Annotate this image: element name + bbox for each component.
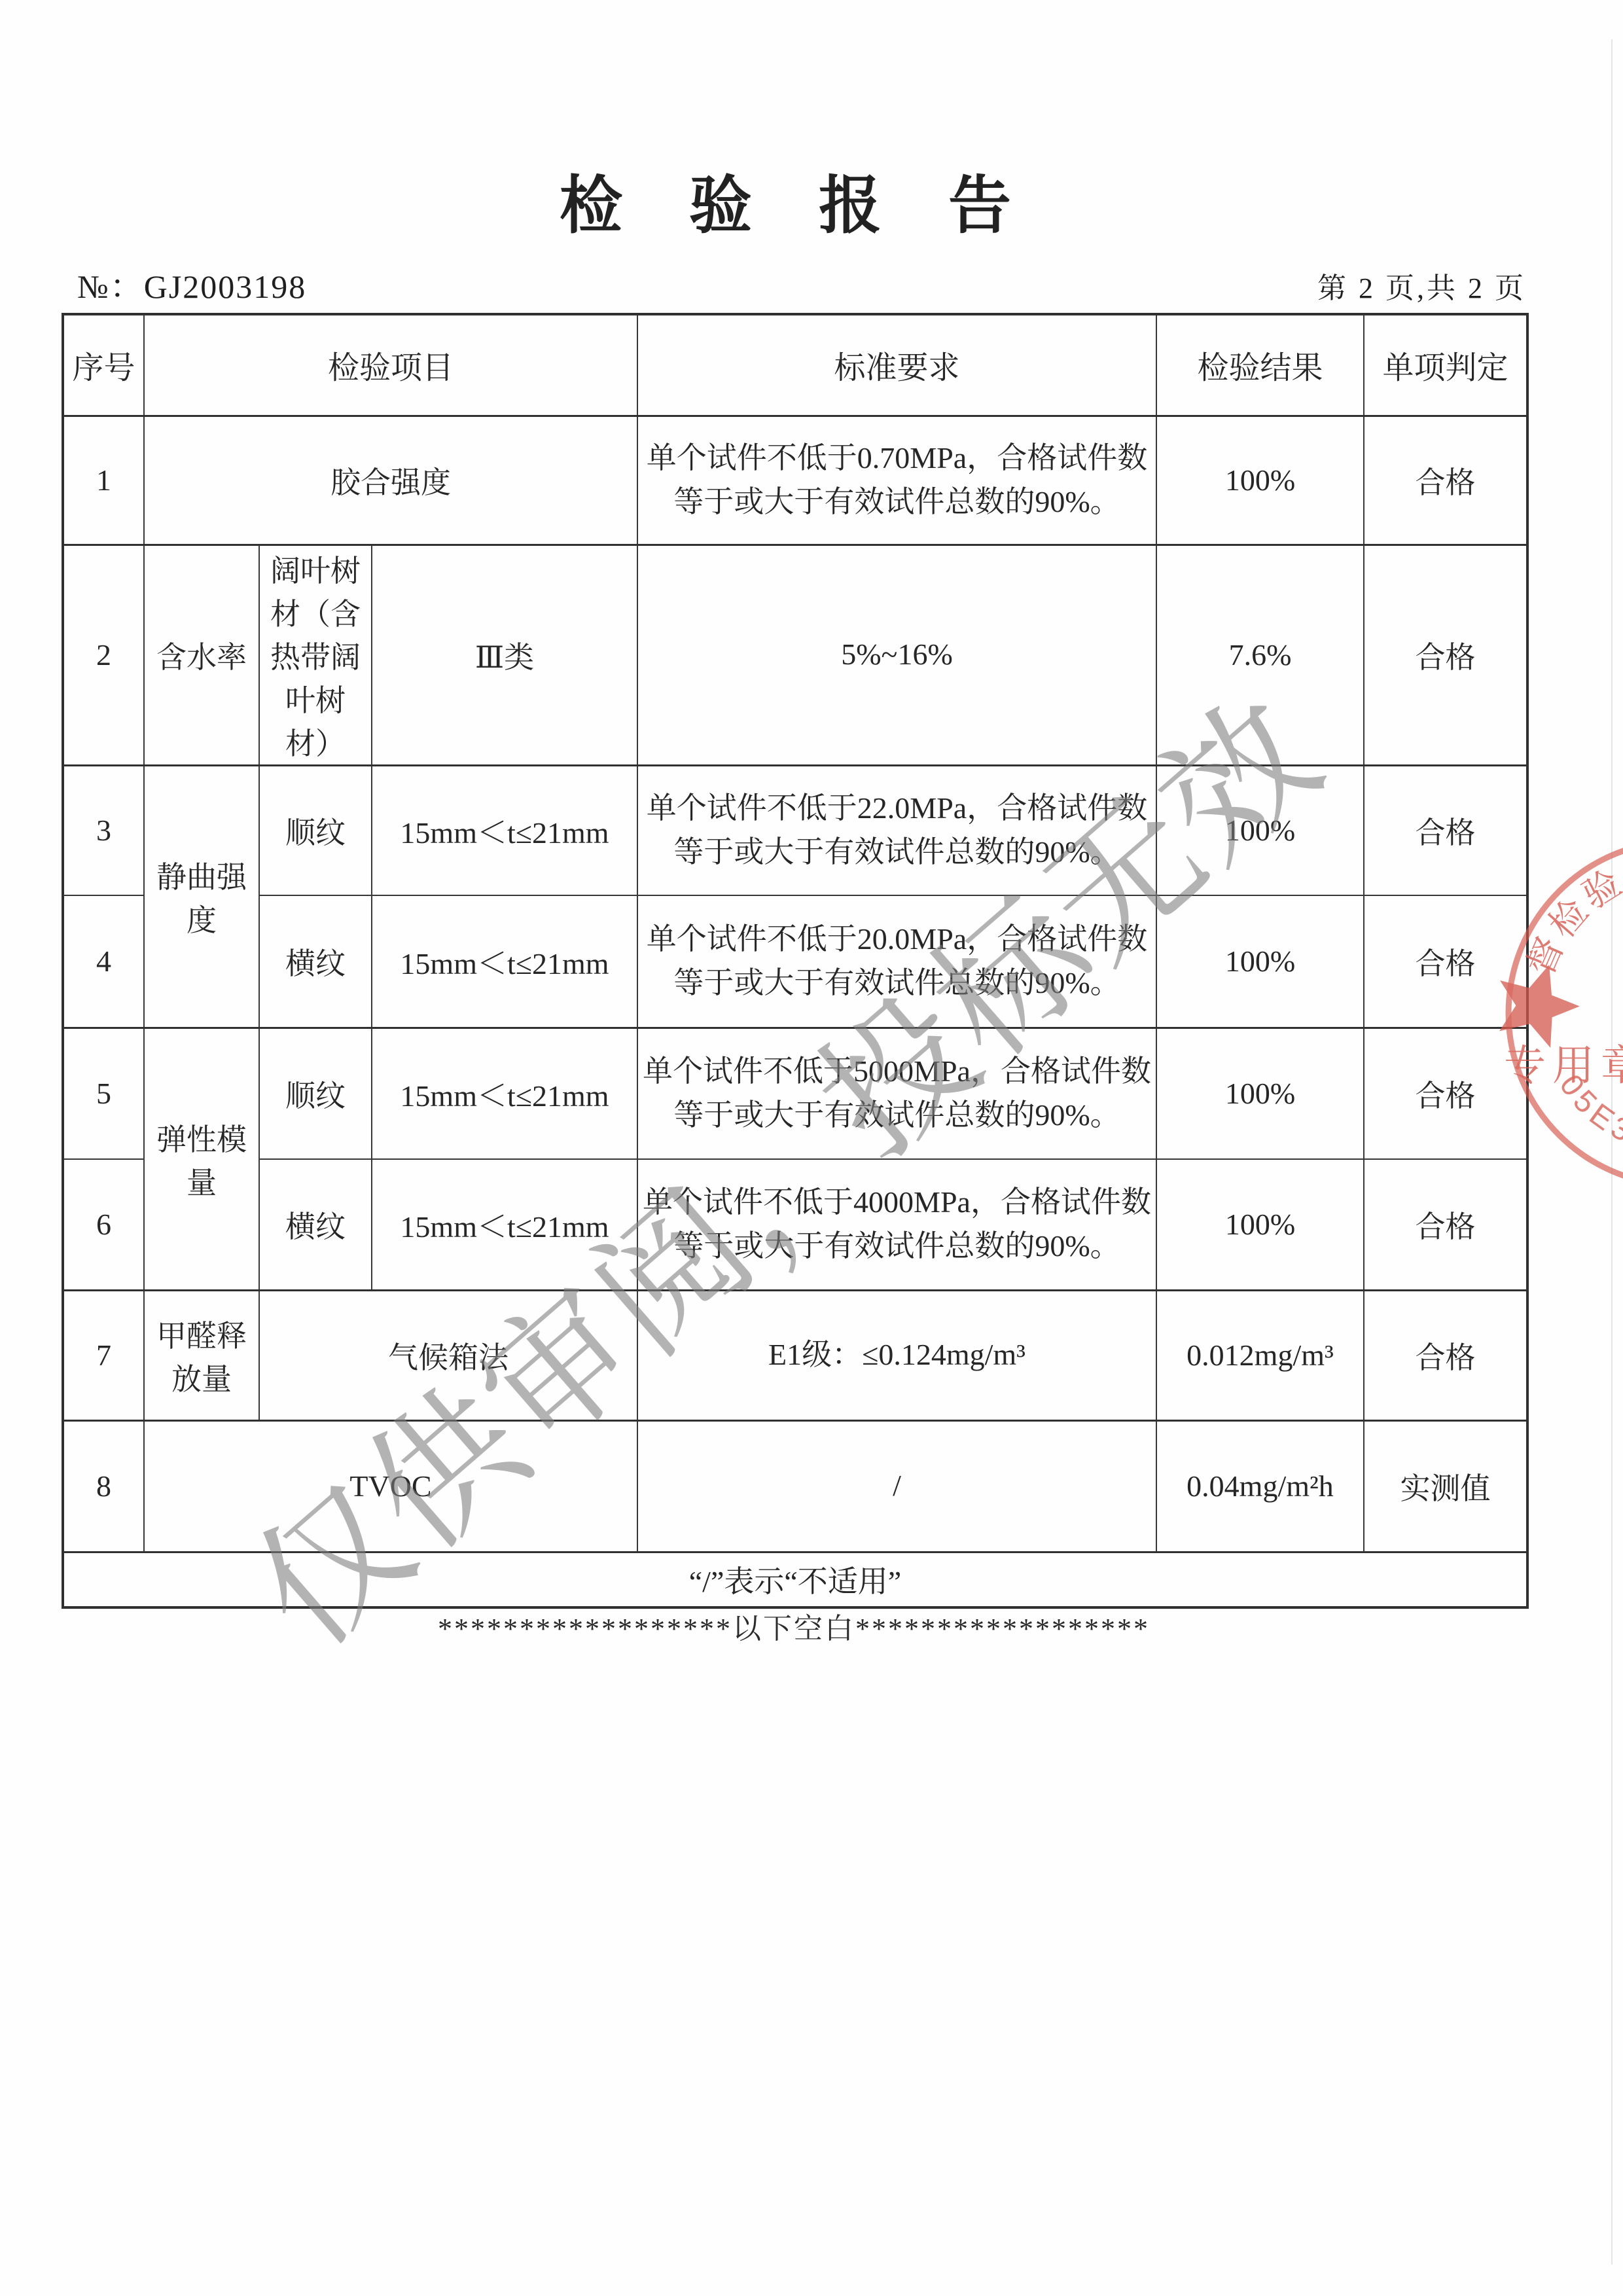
table-footnote: “/”表示“不适用” — [63, 1552, 1527, 1607]
report-number: №：GJ2003198 — [77, 260, 306, 308]
inspection-result: 0.04mg/m²h — [1156, 1420, 1364, 1552]
item-class: 15mm＜t≤21mm — [372, 1028, 637, 1159]
inspection-result: 100% — [1156, 895, 1364, 1028]
table-row: 6 横纹 15mm＜t≤21mm 单个试件不低于4000MPa，合格试件数等于或… — [63, 1159, 1527, 1290]
standard-requirement: 单个试件不低于22.0MPa，合格试件数等于或大于有效试件总数的90%。 — [637, 765, 1156, 895]
table-row: 2 含水率 阔叶树材（含热带阔叶树材） Ⅲ类 5%~16% 7.6% 合格 — [63, 545, 1527, 765]
inspection-result: 100% — [1156, 765, 1364, 895]
row-seq: 7 — [63, 1290, 144, 1420]
inspection-result: 0.012mg/m³ — [1156, 1290, 1364, 1420]
column-header-item: 检验项目 — [144, 314, 637, 416]
table-row: 3 静曲强度 顺纹 15mm＜t≤21mm 单个试件不低于22.0MPa，合格试… — [63, 765, 1527, 895]
table-row: 5 弹性模量 顺纹 15mm＜t≤21mm 单个试件不低于5000MPa，合格试… — [63, 1028, 1527, 1159]
row-seq: 1 — [63, 416, 144, 545]
item-subtype: 顺纹 — [259, 765, 372, 895]
inspection-result: 100% — [1156, 416, 1364, 545]
inspection-result: 100% — [1156, 1159, 1364, 1290]
item-class: 15mm＜t≤21mm — [372, 765, 637, 895]
item-group: 甲醛释放量 — [144, 1290, 259, 1420]
scanned-report-page: { "page": { "title": "检 验 报 告", "report_… — [0, 0, 1623, 2296]
table-row: 7 甲醛释放量 气候箱法 E1级：≤0.124mg/m³ 0.012mg/m³ … — [63, 1290, 1527, 1420]
table-footnote-row: “/”表示“不适用” — [63, 1552, 1527, 1607]
standard-requirement: 5%~16% — [637, 545, 1156, 765]
table-row: 1 胶合强度 单个试件不低于0.70MPa，合格试件数等于或大于有效试件总数的9… — [63, 416, 1527, 545]
item-subtype: 横纹 — [259, 1159, 372, 1290]
judgment: 合格 — [1364, 1290, 1527, 1420]
item-method: 气候箱法 — [259, 1290, 637, 1420]
item-class: 15mm＜t≤21mm — [372, 1159, 637, 1290]
judgment: 实测值 — [1364, 1420, 1527, 1552]
row-seq: 5 — [63, 1028, 144, 1159]
item-group: 含水率 — [144, 545, 259, 765]
inspection-results-table: 序号 检验项目 标准要求 检验结果 单项判定 1 胶合强度 单个试件不低于0.7… — [62, 313, 1529, 1609]
item-subtype: 横纹 — [259, 895, 372, 1028]
item-name: TVOC — [144, 1420, 637, 1552]
below-blank-note: ******************以下空白****************** — [62, 1605, 1526, 1647]
page-title: 检 验 报 告 — [62, 156, 1526, 245]
row-seq: 6 — [63, 1159, 144, 1290]
item-group: 静曲强度 — [144, 765, 259, 1028]
table-row: 8 TVOC / 0.04mg/m²h 实测值 — [63, 1420, 1527, 1552]
column-header-seq: 序号 — [63, 314, 144, 416]
column-header-result: 检验结果 — [1156, 314, 1364, 416]
item-class: Ⅲ类 — [372, 545, 637, 765]
column-header-standard: 标准要求 — [637, 314, 1156, 416]
item-subtype: 阔叶树材（含热带阔叶树材） — [259, 545, 372, 765]
standard-requirement: 单个试件不低于4000MPa，合格试件数等于或大于有效试件总数的90%。 — [637, 1159, 1156, 1290]
meta-line: №：GJ2003198 第 2 页,共 2 页 — [62, 260, 1526, 300]
standard-requirement: E1级：≤0.124mg/m³ — [637, 1290, 1156, 1420]
red-seal-stamp: 督检验中心（E工 专用章 05E300 — [1497, 836, 1623, 1216]
item-name: 胶合强度 — [144, 416, 637, 545]
table-header-row: 序号 检验项目 标准要求 检验结果 单项判定 — [63, 314, 1527, 416]
item-class: 15mm＜t≤21mm — [372, 895, 637, 1028]
inspection-result: 100% — [1156, 1028, 1364, 1159]
column-header-judgment: 单项判定 — [1364, 314, 1527, 416]
judgment: 合格 — [1364, 545, 1527, 765]
judgment: 合格 — [1364, 416, 1527, 545]
table-row: 4 横纹 15mm＜t≤21mm 单个试件不低于20.0MPa，合格试件数等于或… — [63, 895, 1527, 1028]
page-number-info: 第 2 页,共 2 页 — [1317, 264, 1526, 306]
inspection-result: 7.6% — [1156, 545, 1364, 765]
item-group: 弹性模量 — [144, 1028, 259, 1290]
standard-requirement: 单个试件不低于20.0MPa，合格试件数等于或大于有效试件总数的90%。 — [637, 895, 1156, 1028]
row-seq: 8 — [63, 1420, 144, 1552]
item-subtype: 顺纹 — [259, 1028, 372, 1159]
row-seq: 3 — [63, 765, 144, 895]
standard-requirement: 单个试件不低于0.70MPa，合格试件数等于或大于有效试件总数的90%。 — [637, 416, 1156, 545]
row-seq: 2 — [63, 545, 144, 765]
standard-requirement: / — [637, 1420, 1156, 1552]
standard-requirement: 单个试件不低于5000MPa，合格试件数等于或大于有效试件总数的90%。 — [637, 1028, 1156, 1159]
row-seq: 4 — [63, 895, 144, 1028]
